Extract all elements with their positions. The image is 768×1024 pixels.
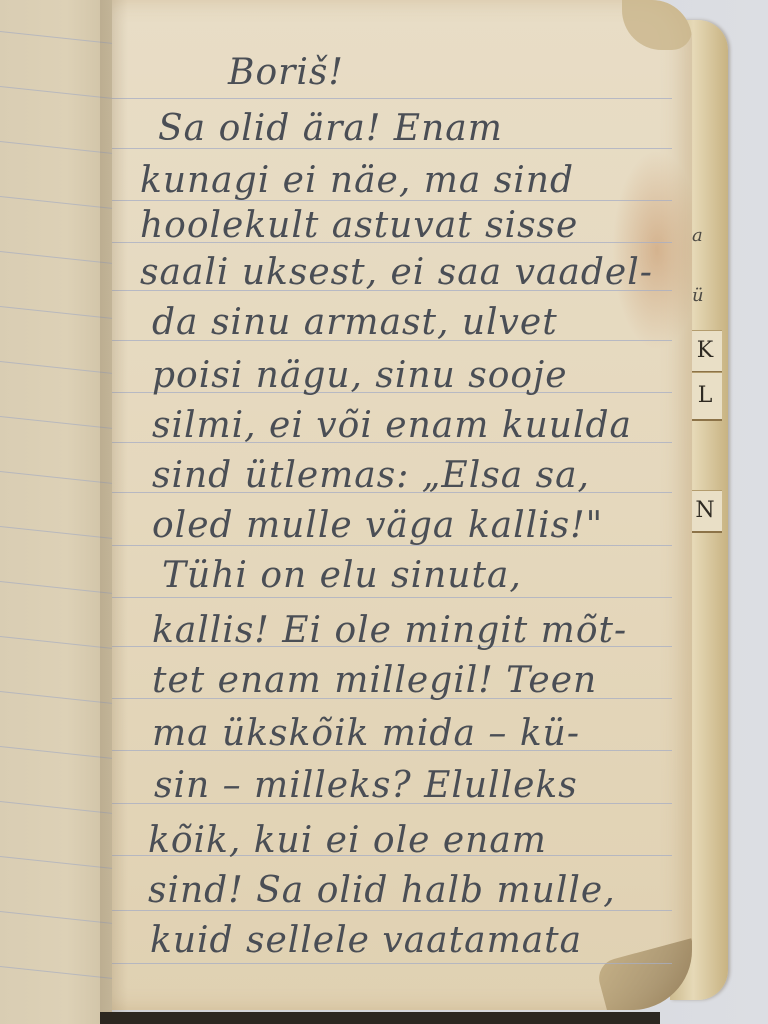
letter-line: hoolekult astuvat sisse <box>140 205 578 246</box>
index-tab-handwritten: ü <box>692 285 704 306</box>
ruled-line <box>0 525 112 541</box>
ruled-line <box>0 30 112 46</box>
ruled-line <box>0 745 112 761</box>
letter-line: silmi, ei või enam kuulda <box>152 405 632 446</box>
letter-line: saali uksest, ei saa vaadel- <box>140 252 653 293</box>
worn-corner <box>595 938 692 1010</box>
letter-line: kallis! Ei ole mingit mõt- <box>152 610 627 651</box>
notebook-bottom-edge <box>100 1012 660 1024</box>
worn-corner <box>622 0 692 50</box>
letter-line: sind ütlemas: „Elsa sa, <box>152 455 590 496</box>
water-stain <box>612 150 692 350</box>
ruled-line <box>112 963 672 964</box>
index-tab-n[interactable]: N <box>688 490 722 533</box>
letter-salutation: Boriš! <box>228 52 344 93</box>
letter-line: da sinu armast, ulvet <box>152 302 558 343</box>
letter-line: tet enam millegil! Teen <box>152 660 597 701</box>
index-tab-l[interactable]: L <box>688 372 722 421</box>
letter-line: Sa olid ära! Enam <box>158 108 503 149</box>
ruled-line <box>0 965 112 981</box>
letter-line: oled mulle väga kallis!" <box>152 505 603 546</box>
ruled-line <box>0 470 112 486</box>
ruled-line <box>0 85 112 101</box>
index-tab-handwritten: a <box>692 225 703 246</box>
letter-line: Tühi on elu sinuta, <box>162 555 522 596</box>
letter-line: kuid sellele vaatamata <box>150 920 582 961</box>
ruled-line <box>0 415 112 431</box>
ruled-line <box>0 140 112 156</box>
letter-line: kõik, kui ei ole enam <box>148 820 547 861</box>
index-tab-k[interactable]: K <box>688 330 722 373</box>
letter-line: kunagi ei näe, ma sind <box>140 160 574 201</box>
letter-line: sin – milleks? Elulleks <box>154 765 578 806</box>
letter-line: poisi nägu, sinu sooje <box>152 355 568 396</box>
ruled-line <box>0 305 112 321</box>
ruled-line <box>0 635 112 651</box>
ruled-line <box>0 195 112 211</box>
left-facing-page <box>0 0 112 1024</box>
ruled-line <box>0 690 112 706</box>
ruled-line <box>112 597 672 598</box>
letter-line: sind! Sa olid halb mulle, <box>148 870 616 911</box>
ruled-line <box>0 800 112 816</box>
ruled-line <box>0 910 112 926</box>
ruled-line <box>0 855 112 871</box>
gutter-shadow <box>100 0 128 1024</box>
ruled-line <box>0 580 112 596</box>
letter-line: ma ükskõik mida – kü- <box>152 713 580 754</box>
ruled-line <box>112 98 672 99</box>
ruled-line <box>0 250 112 266</box>
ruled-line <box>0 360 112 376</box>
